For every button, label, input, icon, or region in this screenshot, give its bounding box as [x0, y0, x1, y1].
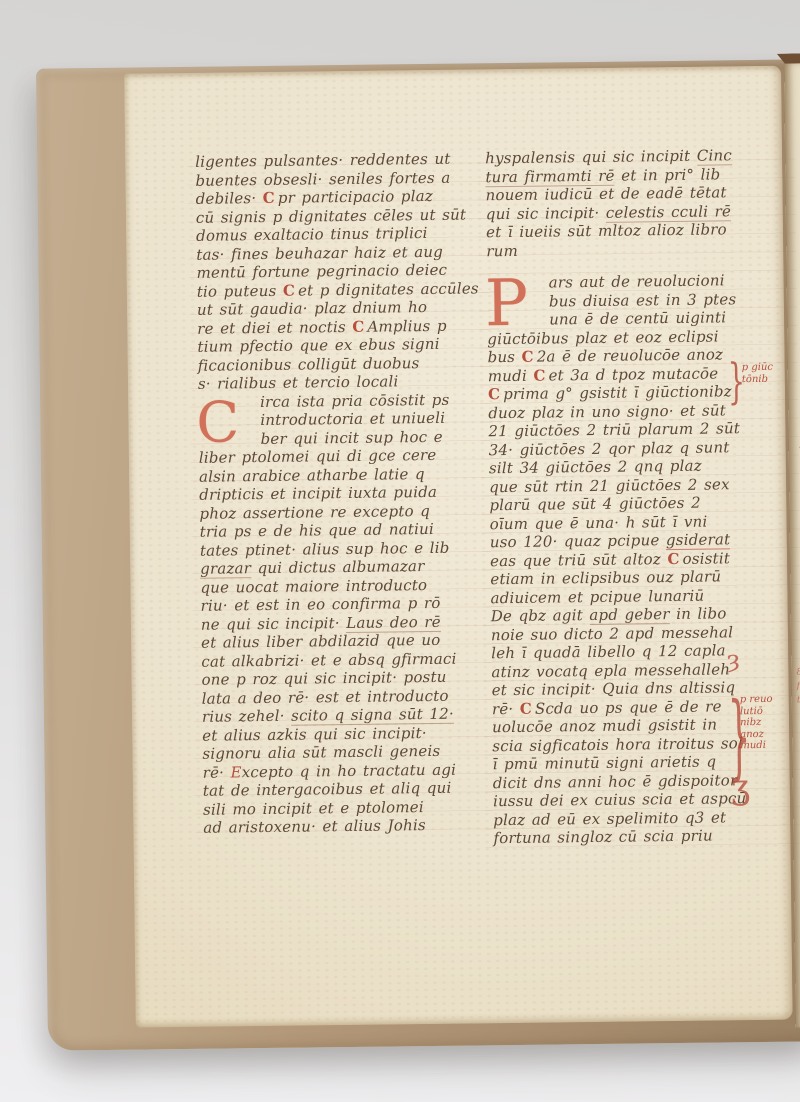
text-segment: gsiderat	[666, 530, 731, 550]
manuscript-page: ligentes pulsantes· reddentes utbuentes …	[124, 66, 793, 1028]
text-column-left: ligentes pulsantes· reddentes utbuentes …	[195, 149, 495, 837]
text-segment: oīum que ē una· h sūt ī vni	[490, 512, 708, 533]
text-segment: dicit dns anni hoc ē gdispoitor	[493, 771, 738, 792]
text-segment: 2a ē de reuolucōe anoz	[537, 345, 724, 365]
text-segment: bus diuisa est in 3 ptes	[549, 290, 737, 310]
text-segment: una ē de centū uiginti	[549, 308, 726, 328]
text-segment: noie suo dicto 2 apd messehal	[491, 623, 733, 644]
text-segment: ad aristoxenu· et alius Johis	[203, 816, 426, 837]
text-segment: riu· et est in eo confirma p rō	[200, 594, 440, 615]
text-segment: osistit	[682, 549, 730, 568]
paragraph-mark: C	[533, 366, 548, 384]
text-segment: mudi	[488, 366, 534, 385]
text-segment: silt 34 giūctōes 2 qnq plaz	[489, 457, 702, 478]
text-segment: et alius liber abdilazid que uo	[201, 631, 441, 652]
text-segment: bus	[487, 348, 521, 366]
text-segment: fortuna singloz cū scia priu	[493, 827, 713, 848]
bleed-mark-line: 8·	[796, 665, 800, 679]
text-segment: etiam in eclipsibus ouz plarū	[490, 567, 721, 588]
text-segment: et ī iueiis sūt mltoz alioz libro	[486, 220, 727, 241]
text-segment: cat alkabrizi· et e absq gfirmaci	[201, 649, 456, 670]
text-segment: tium pfectio que ex ebus signi	[197, 335, 439, 356]
text-segment: tio puteus	[197, 281, 283, 300]
margin-note-flourish-mark: ȝ	[727, 654, 740, 666]
text-line: fortuna singloz cū scia priu	[493, 826, 793, 848]
text-segment: signoru alia sūt mascli geneis	[202, 742, 440, 763]
text-segment: tat de intergacoibus et aliq qui	[203, 779, 452, 800]
text-segment: dripticis et incipit iuxta puida	[199, 483, 437, 504]
text-segment: hyspalensis qui sic incipit	[485, 147, 697, 168]
text-segment: apd geber	[589, 605, 670, 625]
text-segment: Cinc	[697, 146, 732, 165]
margin-note-lower-brace: ʒ	[731, 782, 750, 794]
margin-note-note-conjunctions: }p giūctōnib	[742, 362, 774, 385]
text-segment: ne qui sic incipit·	[201, 614, 347, 634]
manuscript-photo: y 8·fotī ligentes pulsantes· reddentes u…	[0, 0, 800, 1102]
text-segment: debiles·	[196, 189, 263, 208]
paragraph-mark: C	[667, 549, 682, 567]
text-segment: buentes obsesli· seniles fortes a	[195, 168, 450, 189]
paragraph-mark: C	[283, 281, 298, 299]
text-segment: uso 120· quaz pcipue	[490, 531, 666, 551]
text-segment: re et diei et noctis	[197, 317, 352, 337]
text-segment: pr participacio plaz	[278, 187, 433, 207]
bleed-mark-stack: 8·fotī	[796, 665, 800, 707]
text-segment: ars aut de reuolucioni	[549, 271, 725, 291]
text-segment: plaz ad eū ex spelimito q3 et	[493, 808, 726, 829]
text-segment: lata a deo rē· est et introducto	[202, 686, 449, 707]
text-segment: ficacionibus colligūt duobus	[198, 354, 420, 375]
text-segment: irca ista pria cōsistit ps	[260, 390, 450, 410]
text-segment: ut sūt gaudia· plaz dnium ho	[197, 298, 427, 319]
text-segment: 34· giūctōes 2 qor plaz q sunt	[489, 438, 730, 459]
text-segment: grazar	[200, 559, 251, 579]
text-segment: liber ptolomei qui di gce cere	[199, 446, 437, 467]
text-segment: tura firmamti rē	[485, 166, 615, 187]
text-segment: adiuicem et pcipue lunariū	[490, 586, 704, 607]
text-segment: phoz assertione re excepto q	[199, 501, 430, 522]
text-segment: one p roz qui sic incipit· postu	[201, 668, 446, 689]
text-segment: 21 giūctōes 2 triū plarum 2 sūt	[488, 419, 740, 440]
text-segment: rius zehel·	[202, 707, 291, 726]
text-segment: De qbz agit	[491, 606, 590, 625]
text-segment: rē·	[492, 699, 520, 717]
text-segment: iussu dei ex cuius scia et aspcū	[493, 789, 747, 810]
text-segment: rum	[486, 241, 518, 259]
text-segment: tria ps e de his que ad natiui	[200, 520, 434, 541]
text-segment: que uocat maiore introducto	[200, 576, 427, 597]
text-segment: mentū fortune pegrinacio deiec	[196, 261, 447, 282]
text-segment: atinz vocatq epla messehalleh	[491, 660, 730, 681]
margin-brace: }	[728, 359, 746, 407]
paragraph-mark: C	[522, 348, 537, 366]
text-segment: et sic incipit· Quia dns altissiq	[492, 678, 736, 699]
text-segment: qui dictus albumazar	[251, 557, 425, 577]
text-segment: domus exaltacio tinus triplici	[196, 224, 428, 245]
text-segment: sili mo incipit et e ptolomei	[203, 798, 424, 819]
text-segment: xcepto q in ho tractatu agi	[242, 760, 457, 781]
text-segment: et in pri° lib	[615, 165, 721, 184]
text-segment: eas que triū sūt altoz	[490, 550, 668, 570]
text-segment: ī pmū minutū signi arietis q	[492, 753, 716, 774]
text-segment: tas· fines beuhazar haiz et aug	[196, 242, 443, 263]
text-segment: nouem iudicū et de eadē tētat	[485, 183, 726, 204]
text-segment: que sūt rtin 21 giūctōes 2 sex	[489, 475, 730, 496]
margin-note-line: tōnib	[742, 373, 773, 385]
text-segment: Scda uo ps que ē de re	[535, 697, 722, 717]
paragraph-mark: C	[520, 699, 535, 717]
text-segment: E	[230, 763, 241, 781]
text-segment: et 3a d tpoz mutacōe	[548, 364, 718, 384]
text-segment: scia sigficatois hora itroitus sol	[492, 734, 743, 755]
text-segment: leh ī quadā libello q 12 capla	[491, 641, 726, 662]
text-segment: tates ptinet· alius sup hoc e lib	[200, 538, 450, 559]
book: y 8·fotī ligentes pulsantes· reddentes u…	[36, 59, 800, 1050]
margin-note-line: p giūc	[742, 362, 773, 374]
text-segment: duoz plaz in uno signo· et sūt	[488, 401, 726, 422]
paragraph-mark: C	[488, 385, 503, 403]
bleed-mark-line: fo	[797, 679, 800, 693]
text-segment: giūctōibus plaz et eoz eclipsi	[487, 327, 718, 348]
text-segment: uolucōe anoz mudi gsistit in	[492, 715, 717, 736]
text-line: ad aristoxenu· et alius Johis	[203, 815, 495, 837]
text-segment: rē·	[203, 763, 231, 781]
text-segment: et p dignitates accūles	[298, 279, 479, 299]
text-segment: in libo	[670, 604, 727, 623]
text-segment: ligentes pulsantes· reddentes ut	[195, 150, 451, 171]
text-segment: qui sic incipit·	[486, 203, 606, 222]
text-segment: Amplius p	[367, 316, 447, 335]
text-segment: celestis cculi rē	[606, 202, 731, 223]
text-segment: alsin arabice atharbe latie q	[199, 465, 425, 486]
text-segment: et alius azkis qui sic incipit·	[202, 724, 427, 745]
text-segment: Laus deo rē	[346, 612, 441, 632]
margin-note-note-revolutions: }p reuolutiōnibzanozmudi	[740, 694, 773, 752]
text-segment: prima g° gsistit ī giūctionibz	[503, 382, 732, 403]
paragraph-mark: C	[263, 189, 278, 207]
text-segment: introductoria et uniueli	[260, 409, 445, 429]
text-segment: plarū que sūt 4 giūctōes 2	[489, 494, 701, 515]
text-segment: ber qui incit sup hoc e	[260, 427, 442, 447]
paragraph-mark: C	[352, 317, 367, 335]
